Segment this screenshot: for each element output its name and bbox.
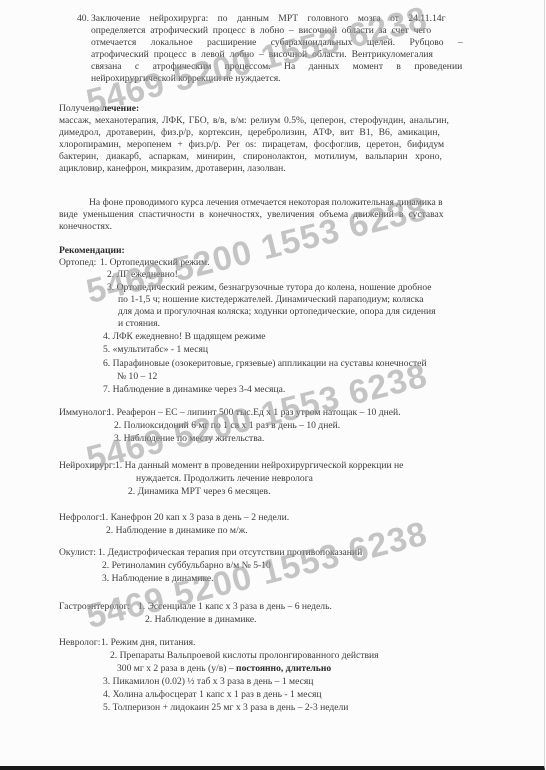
conclusion-number: 40.: [77, 13, 89, 25]
conclusion-line: отмечается локальное расширение субарахн…: [91, 37, 463, 49]
rec-item: 2. Наблюдение в динамике по м/ж.: [106, 525, 248, 537]
treatment-line: димедрол, дротаверин, физ.р/р, кортексин…: [59, 127, 440, 139]
rec-item: 1. Режим дня, питания.: [101, 637, 195, 649]
specialist-label: Иммунолог:: [59, 407, 109, 419]
rec-item: 3. Наблюдение в динамике.: [102, 573, 214, 585]
document-page: 40. Заключение нейрохирурга: по данным М…: [0, 0, 545, 770]
recommendations-heading: Рекомендации:: [59, 245, 125, 257]
treatment-line: ацикловир, канефрон, микразим, дротавери…: [59, 163, 286, 175]
dynamics-line: конечностях.: [59, 221, 112, 233]
specialist-label: Невролог:: [59, 637, 100, 649]
rec-item-dose: 300 мг х 2 раза в день (у/в) – постоянно…: [117, 663, 331, 675]
rec-item: 4. Холина альфосцерат 1 капс х 1 раз в д…: [103, 689, 322, 701]
conclusion-line: определяется атрофический процесс в лобн…: [91, 25, 431, 37]
rec-item: 1. Ортопедический режим.: [100, 257, 210, 269]
rec-item: 1. Эссенциале 1 капс х 3 раза в день – 6…: [138, 601, 332, 613]
rec-item: для дома и прогулочная коляска; ходунки …: [118, 306, 436, 318]
conclusion-line: связана с атрофическим процессом. На дан…: [91, 61, 462, 73]
rec-item: 7. Наблюдение в динамике через 3-4 месяц…: [103, 384, 285, 396]
treatment-line: бактерин, диакарб, аспаркам, минирин, сп…: [59, 151, 442, 163]
rec-item: 3. Ортопедический режим, безнагрузочные …: [107, 282, 432, 294]
rec-item: 2. Ретиноламин суббульбарно в/м № 5-10: [102, 560, 271, 572]
specialist-label: Окулист:: [59, 547, 96, 559]
treatment-line: массаж, механотерапия, ЛФК, ГБО, в/в, в/…: [59, 115, 449, 127]
rec-item: 1. Дедистрофическая терапия при отсутств…: [98, 547, 362, 559]
dynamics-line: На фоне проводимого курса лечения отмеча…: [89, 197, 443, 209]
rec-item: нуждается. Продолжить лечение невролога: [136, 473, 313, 485]
rec-item: 2. ЛГ ежедневно!: [107, 269, 178, 281]
rec-item: 5. «мультитабс» - 1 месяц: [103, 344, 208, 356]
treatment-line: хлоропирамин, меропенем + физ.р/р. Per o…: [59, 139, 444, 151]
rec-item: и стояния.: [118, 318, 160, 330]
rec-item: 3. Наблюдение по месту жительства.: [114, 433, 264, 445]
rec-item: 4. ЛФК ежедневно! В щадящем режиме: [103, 331, 266, 343]
rec-item: 1. На данный момент в проведении нейрохи…: [115, 460, 403, 472]
conclusion-line: атрофический процесс в левой лобно – вис…: [91, 49, 433, 61]
rec-item: 2. Наблюдение в динамике.: [145, 614, 257, 626]
rec-item: 3. Пикамилон (0.02) ½ таб х 3 раза в ден…: [103, 676, 313, 688]
specialist-label: Нейрохирург:: [59, 460, 115, 472]
conclusion-line: Заключение нейрохирурга: по данным МРТ г…: [91, 13, 446, 25]
rec-item: 6. Парафиновые (озокеритовые, грязевые) …: [103, 358, 427, 370]
rec-item: № 10 – 12: [117, 371, 157, 383]
specialist-label: Ортопед:: [59, 257, 96, 269]
rec-item: по 1-1,5 ч; ношение кистедержателей. Дин…: [118, 294, 424, 306]
conclusion-line: нейрохирургической коррекции не нуждаетс…: [91, 73, 281, 85]
dynamics-line: виде уменьшения спастичности в конечност…: [59, 209, 444, 221]
treatment-heading: Получено лечение:: [59, 103, 139, 115]
rec-item: 2. Полиоксидоний 6 мг по 1 св х 1 раз в …: [114, 420, 340, 432]
specialist-label: Гастроэнтеролог:: [59, 601, 130, 613]
specialist-label: Нефролог:: [59, 512, 102, 524]
rec-item: 1. Канефрон 20 кап х 3 раза в день – 2 н…: [101, 512, 289, 524]
rec-item: 1. Реаферон – ЕС – липинт 500 тыс.Ед х 1…: [107, 407, 401, 419]
rec-item: 2. Препараты Вальпроевой кислоты пролонг…: [110, 650, 379, 662]
rec-item: 5. Толперизон + лидокаин 25 мг х 3 раза …: [103, 702, 348, 714]
rec-item: 2. Динамика МРТ через 6 месяцев.: [128, 486, 270, 498]
